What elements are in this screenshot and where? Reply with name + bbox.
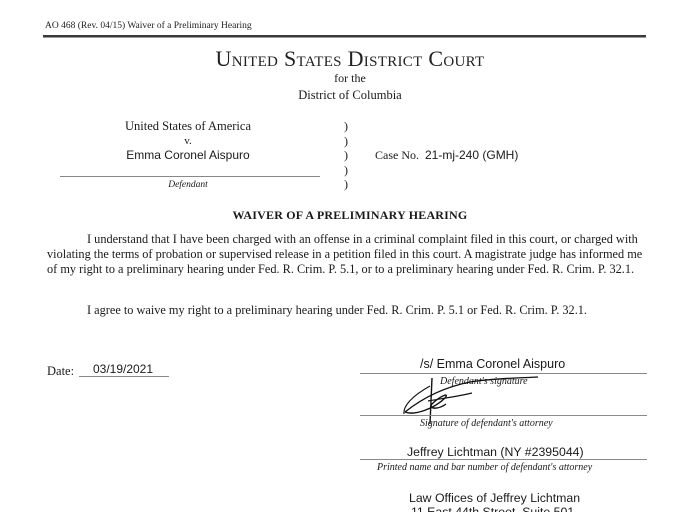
waiver-paragraph-1: I understand that I have been charged wi… (47, 232, 647, 277)
date-rule (79, 376, 169, 377)
caption-paren: ) (344, 134, 348, 149)
attorney-signature-label: Signature of defendant's attorney (420, 418, 553, 429)
defendant-name-field[interactable]: Emma Coronel Aispuro (60, 148, 316, 162)
firm-name-field[interactable]: Law Offices of Jeffrey Lichtman (409, 491, 580, 505)
case-number-label: Case No. (375, 148, 419, 162)
defendant-label: Defendant (60, 180, 316, 190)
caption-paren: ) (344, 148, 348, 163)
caption-paren: ) (344, 177, 348, 192)
defendant-signature-field[interactable]: /s/ Emma Coronel Aispuro (420, 357, 565, 371)
attorney-name-field[interactable]: Jeffrey Lichtman (NY #2395044) (407, 445, 584, 459)
caption-paren: ) (344, 119, 348, 134)
attorney-name-rule (360, 459, 647, 460)
court-title: United States District Court (0, 46, 700, 72)
form-identifier: AO 468 (Rev. 04/15) Waiver of a Prelimin… (45, 21, 252, 31)
defendant-signature-rule (360, 373, 647, 374)
caption-paren: ) (344, 163, 348, 178)
date-field[interactable]: 03/19/2021 (78, 362, 168, 376)
district-name: District of Columbia (0, 88, 700, 103)
firm-address-field[interactable]: 11 East 44th Street, Suite 501 (411, 505, 574, 512)
waiver-paragraph-2: I agree to waive my right to a prelimina… (87, 303, 587, 318)
attorney-signature-rule (360, 415, 647, 416)
document-heading: WAIVER OF A PRELIMINARY HEARING (0, 208, 700, 223)
defendant-rule (60, 176, 320, 177)
date-label: Date: (47, 364, 74, 379)
header-rule (43, 35, 646, 38)
case-number-field[interactable]: 21-mj-240 (GMH) (425, 148, 518, 162)
attorney-name-label: Printed name and bar number of defendant… (377, 462, 592, 473)
plaintiff-name: United States of America (60, 119, 316, 134)
for-the-text: for the (0, 71, 700, 86)
case-number: Case No. 21-mj-240 (GMH) (375, 148, 518, 163)
versus-text: v. (60, 135, 316, 147)
